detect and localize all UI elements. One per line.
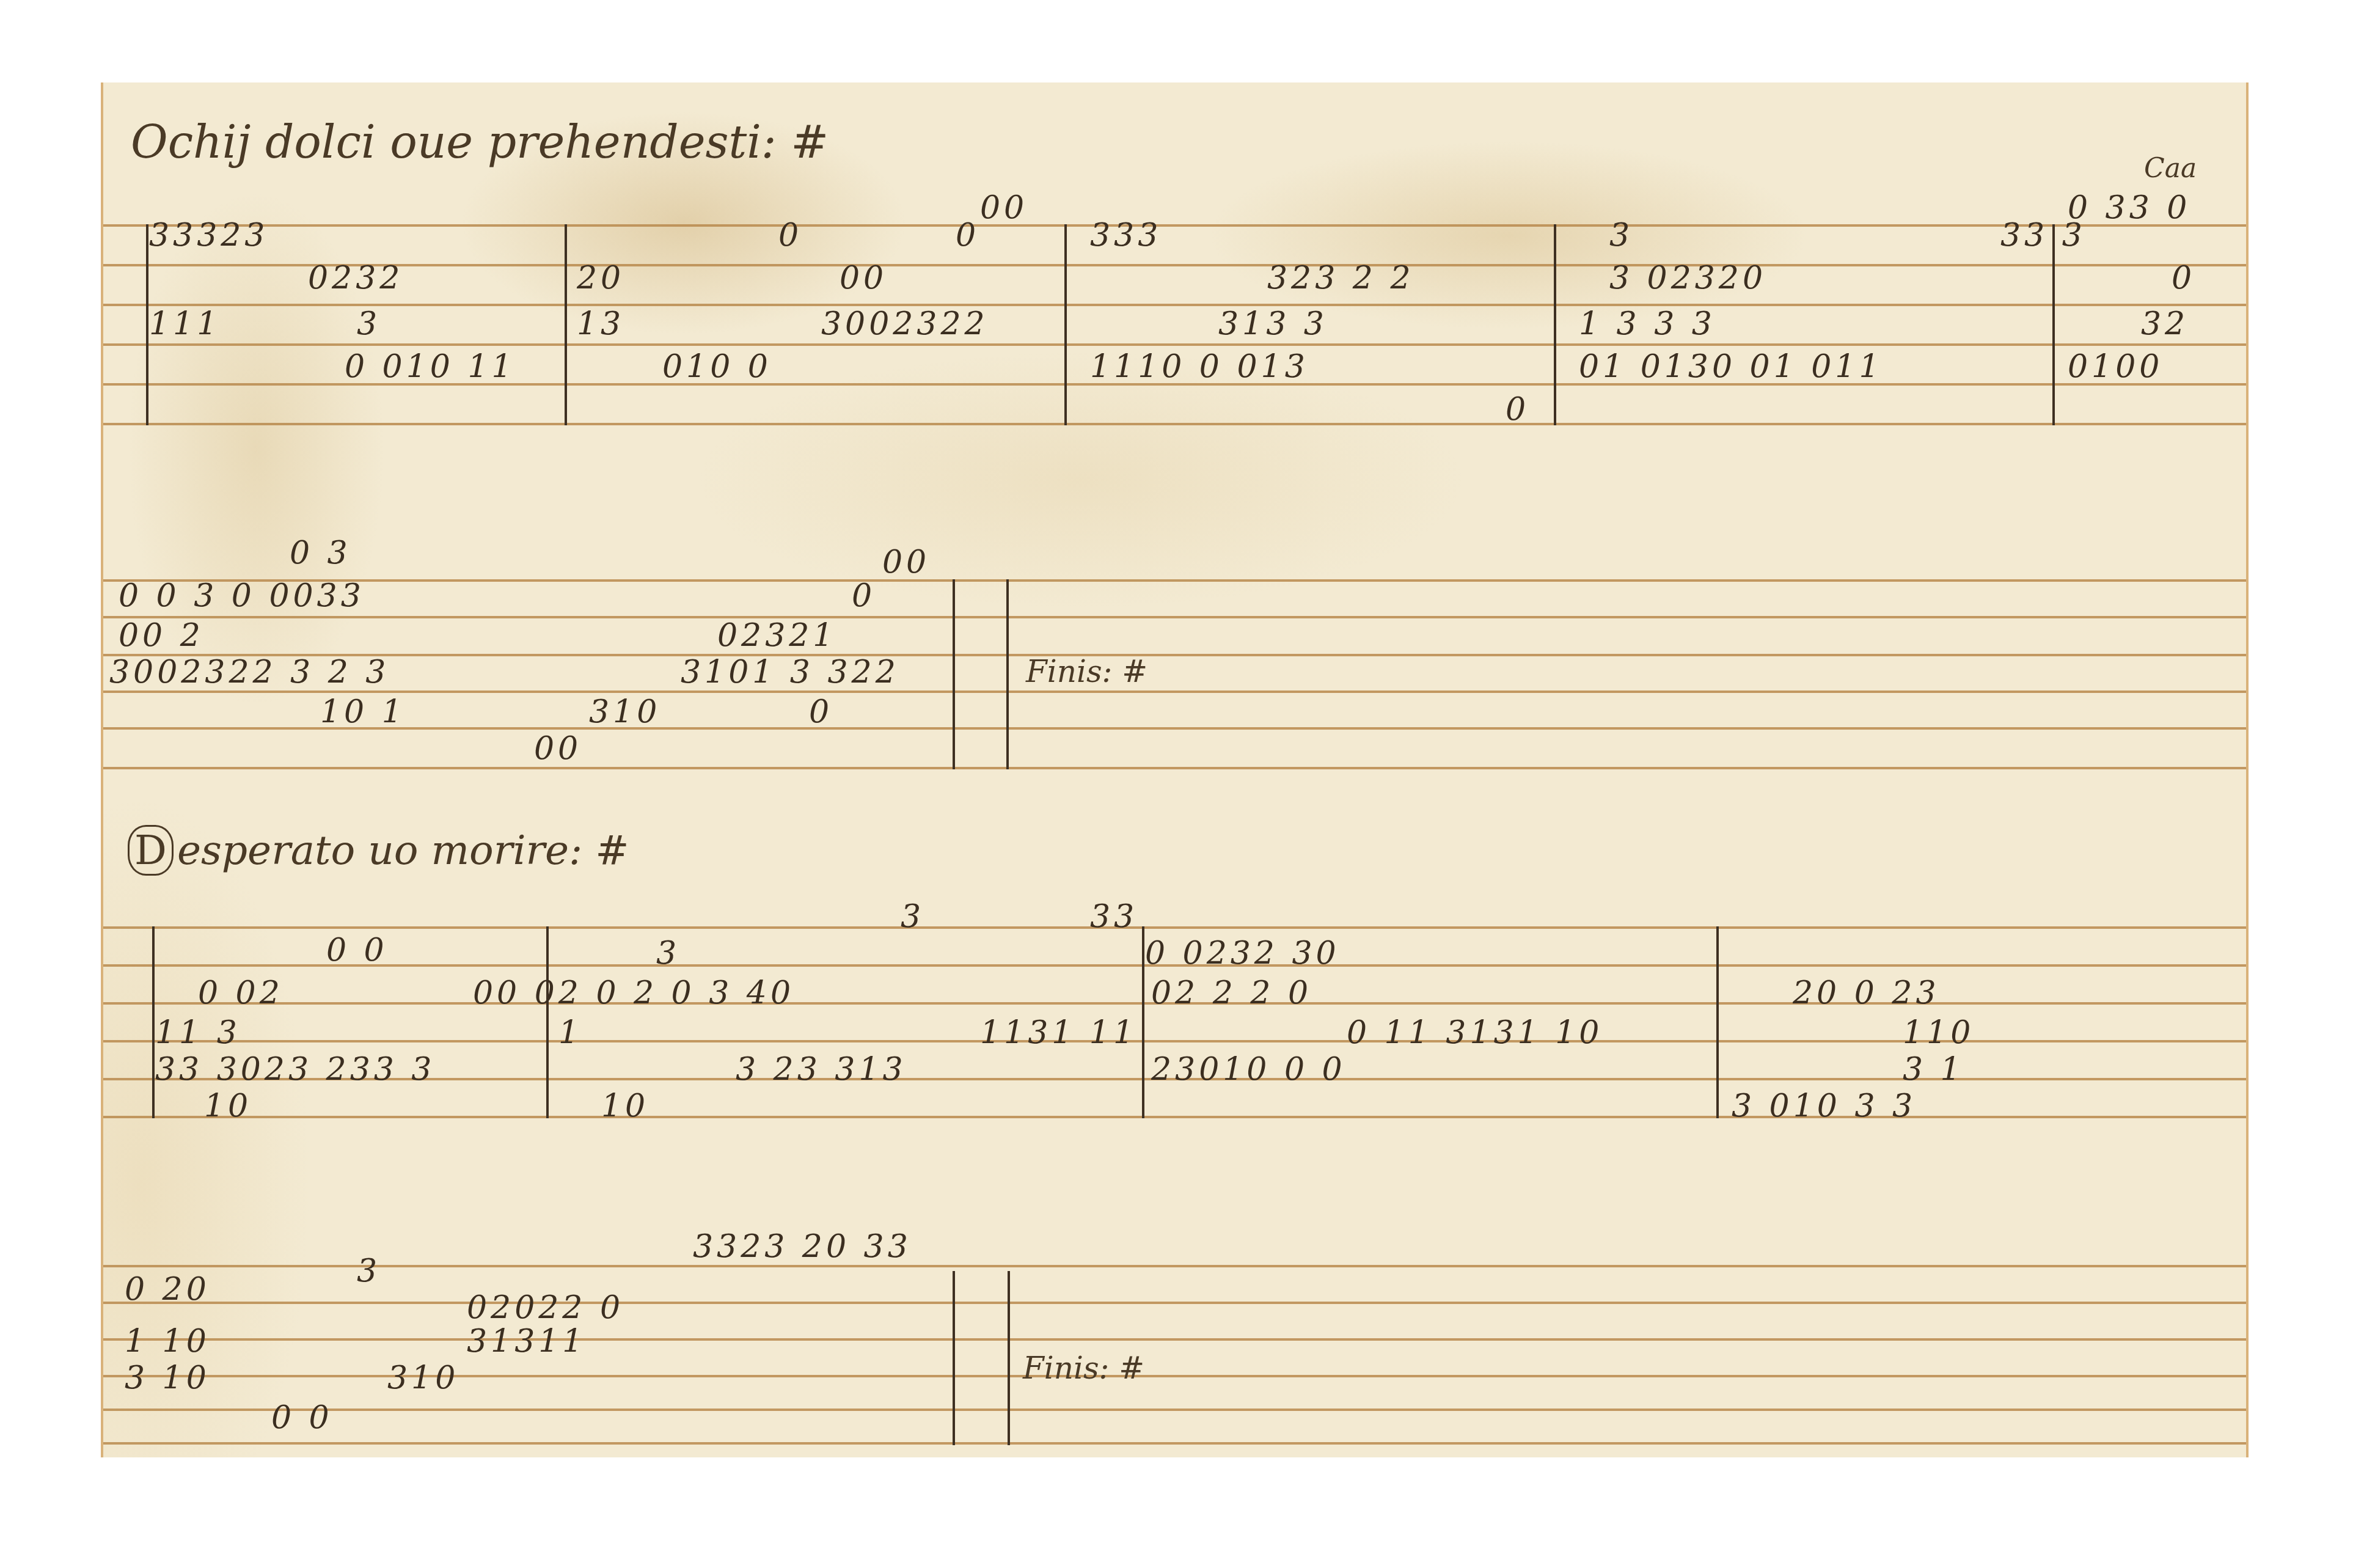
staff-line bbox=[103, 1116, 2246, 1118]
staff-line bbox=[103, 423, 2246, 425]
tab-figure: 3002322 3 2 3 bbox=[109, 656, 389, 688]
tab-figure: 310 bbox=[387, 1362, 459, 1394]
staff-line bbox=[103, 654, 2246, 656]
tab-figure: 23010 0 0 bbox=[1151, 1053, 1346, 1085]
piece-title-2: Desperato uo morire: # bbox=[128, 825, 629, 876]
staff-line bbox=[103, 1442, 2246, 1445]
tab-figure: 00 bbox=[882, 546, 930, 578]
tab-figure: 323 2 2 bbox=[1267, 262, 1414, 294]
final-barline bbox=[953, 579, 955, 769]
tab-figure: 3 bbox=[357, 1255, 381, 1287]
barline bbox=[546, 926, 549, 1118]
tab-figure: 3323 20 33 bbox=[693, 1231, 912, 1262]
tab-figure: 3002322 bbox=[821, 308, 989, 340]
tab-figure: 3101 3 322 bbox=[681, 656, 899, 688]
tab-figure: 3 23 313 bbox=[736, 1053, 907, 1085]
tab-figure: 00 02 0 2 0 3 40 bbox=[473, 977, 794, 1009]
tab-figure: 02321 bbox=[717, 620, 836, 651]
tab-figure: 010 0 bbox=[662, 351, 772, 383]
finis-marker-2: Finis: # bbox=[1023, 1350, 1144, 1386]
tab-figure: 20 0 23 bbox=[1793, 977, 1939, 1009]
final-barline bbox=[953, 1271, 955, 1445]
tab-figure: 0 bbox=[956, 219, 979, 251]
tab-figure: 33 3023 233 3 bbox=[155, 1053, 435, 1085]
tab-figure: 3 bbox=[1609, 219, 1633, 251]
staff-line bbox=[103, 691, 2246, 693]
tab-figure: 310 bbox=[589, 696, 661, 728]
tab-figure: 111 bbox=[149, 308, 221, 340]
tab-figure: 0 bbox=[2172, 262, 2195, 294]
tab-figure: 3 10 bbox=[125, 1362, 210, 1394]
staff-line bbox=[103, 579, 2246, 582]
barline bbox=[1716, 926, 1719, 1118]
tab-figure: 00 bbox=[840, 262, 887, 294]
barline bbox=[1064, 224, 1067, 425]
tab-figure: 02 2 2 0 bbox=[1151, 977, 1312, 1009]
tab-figure: 33 bbox=[1090, 901, 1138, 932]
tab-figure: 3 bbox=[901, 901, 924, 932]
tab-figure: 1131 11 bbox=[980, 1017, 1137, 1049]
barline bbox=[1554, 224, 1556, 425]
barline bbox=[146, 224, 148, 425]
tab-figure: 313 3 bbox=[1218, 308, 1328, 340]
staff-line bbox=[103, 727, 2246, 730]
finis-marker-1: Finis: # bbox=[1026, 654, 1147, 689]
tab-figure: 0 0232 30 bbox=[1145, 937, 1340, 969]
tab-figure: 0232 bbox=[308, 262, 403, 294]
staff-line bbox=[103, 767, 2246, 769]
tab-figure: 0 bbox=[778, 219, 802, 251]
tab-figure: 11 3 bbox=[155, 1017, 241, 1049]
tab-figure: 1110 0 013 bbox=[1090, 351, 1309, 383]
tab-figure: 0 0 bbox=[326, 934, 388, 966]
tab-figure: 20 bbox=[577, 262, 624, 294]
final-barline bbox=[1008, 1271, 1010, 1445]
tab-figure: 0 bbox=[809, 696, 833, 728]
piece-title-2-text: esperato uo morire: # bbox=[177, 827, 629, 874]
staff-line bbox=[103, 224, 2246, 227]
manuscript-page: Ochij dolci oue prehendesti: # Caa Finis… bbox=[101, 82, 2249, 1457]
tab-figure: 33 3 bbox=[2000, 219, 2086, 251]
piece-title-1: Ochij dolci oue prehendesti: # bbox=[131, 116, 829, 169]
tab-figure: 33323 bbox=[149, 219, 268, 251]
tab-figure: 0 20 bbox=[125, 1273, 210, 1305]
barline bbox=[2052, 224, 2055, 425]
tab-figure: 32 bbox=[2141, 308, 2189, 340]
tab-figure: 0 02 bbox=[198, 977, 284, 1009]
tab-figure: 3 02320 bbox=[1609, 262, 1766, 294]
tab-figure: 333 bbox=[1090, 219, 1162, 251]
tab-figure: 10 bbox=[204, 1090, 252, 1122]
tab-figure: 3 bbox=[357, 308, 381, 340]
margin-annotation: Caa bbox=[2144, 153, 2197, 184]
barline bbox=[152, 926, 155, 1118]
staff-line bbox=[103, 264, 2246, 266]
staff-line bbox=[103, 616, 2246, 618]
tab-figure: 00 bbox=[534, 733, 582, 764]
staff-line bbox=[103, 1265, 2246, 1267]
tab-figure: 1 3 3 3 bbox=[1579, 308, 1716, 340]
staff-line bbox=[103, 343, 2246, 346]
tab-figure: 0 0 bbox=[271, 1402, 333, 1434]
decorated-initial: D bbox=[128, 825, 174, 876]
barline bbox=[1142, 926, 1144, 1118]
tab-figure: 00 2 bbox=[119, 620, 204, 651]
tab-figure: 31311 bbox=[467, 1325, 586, 1357]
tab-figure: 0 010 11 bbox=[345, 351, 516, 383]
staff-line bbox=[103, 304, 2246, 306]
tab-figure: 00 bbox=[980, 192, 1028, 224]
tab-figure: 1 10 bbox=[125, 1325, 210, 1357]
staff-line bbox=[103, 1338, 2246, 1341]
tab-figure: 13 bbox=[577, 308, 624, 340]
tab-figure: 10 bbox=[601, 1090, 649, 1122]
staff-line bbox=[103, 1302, 2246, 1304]
final-barline bbox=[1006, 579, 1009, 769]
staff-line bbox=[103, 926, 2246, 929]
tab-figure: 02022 0 bbox=[467, 1292, 624, 1324]
tab-figure: 0 11 3131 10 bbox=[1347, 1017, 1603, 1049]
tab-figure: 110 bbox=[1903, 1017, 1974, 1049]
tab-figure: 3 010 3 3 bbox=[1732, 1090, 1916, 1122]
barline bbox=[565, 224, 567, 425]
tab-figure: 10 1 bbox=[320, 696, 406, 728]
staff-line bbox=[103, 1409, 2246, 1411]
tab-figure: 01 0130 01 011 bbox=[1579, 351, 1883, 383]
tab-figure: 3 1 bbox=[1903, 1053, 1964, 1085]
tab-figure: 0 33 0 bbox=[2068, 192, 2190, 224]
tab-figure: 3 bbox=[656, 937, 680, 969]
tab-figure: 0100 bbox=[2068, 351, 2163, 383]
tab-figure: 0 3 bbox=[290, 537, 351, 569]
tab-figure: 0 0 3 0 0033 bbox=[119, 580, 365, 612]
tab-figure: 0 bbox=[1506, 394, 1529, 425]
tab-figure: 0 bbox=[852, 580, 876, 612]
tab-figure: 1 bbox=[558, 1017, 582, 1049]
